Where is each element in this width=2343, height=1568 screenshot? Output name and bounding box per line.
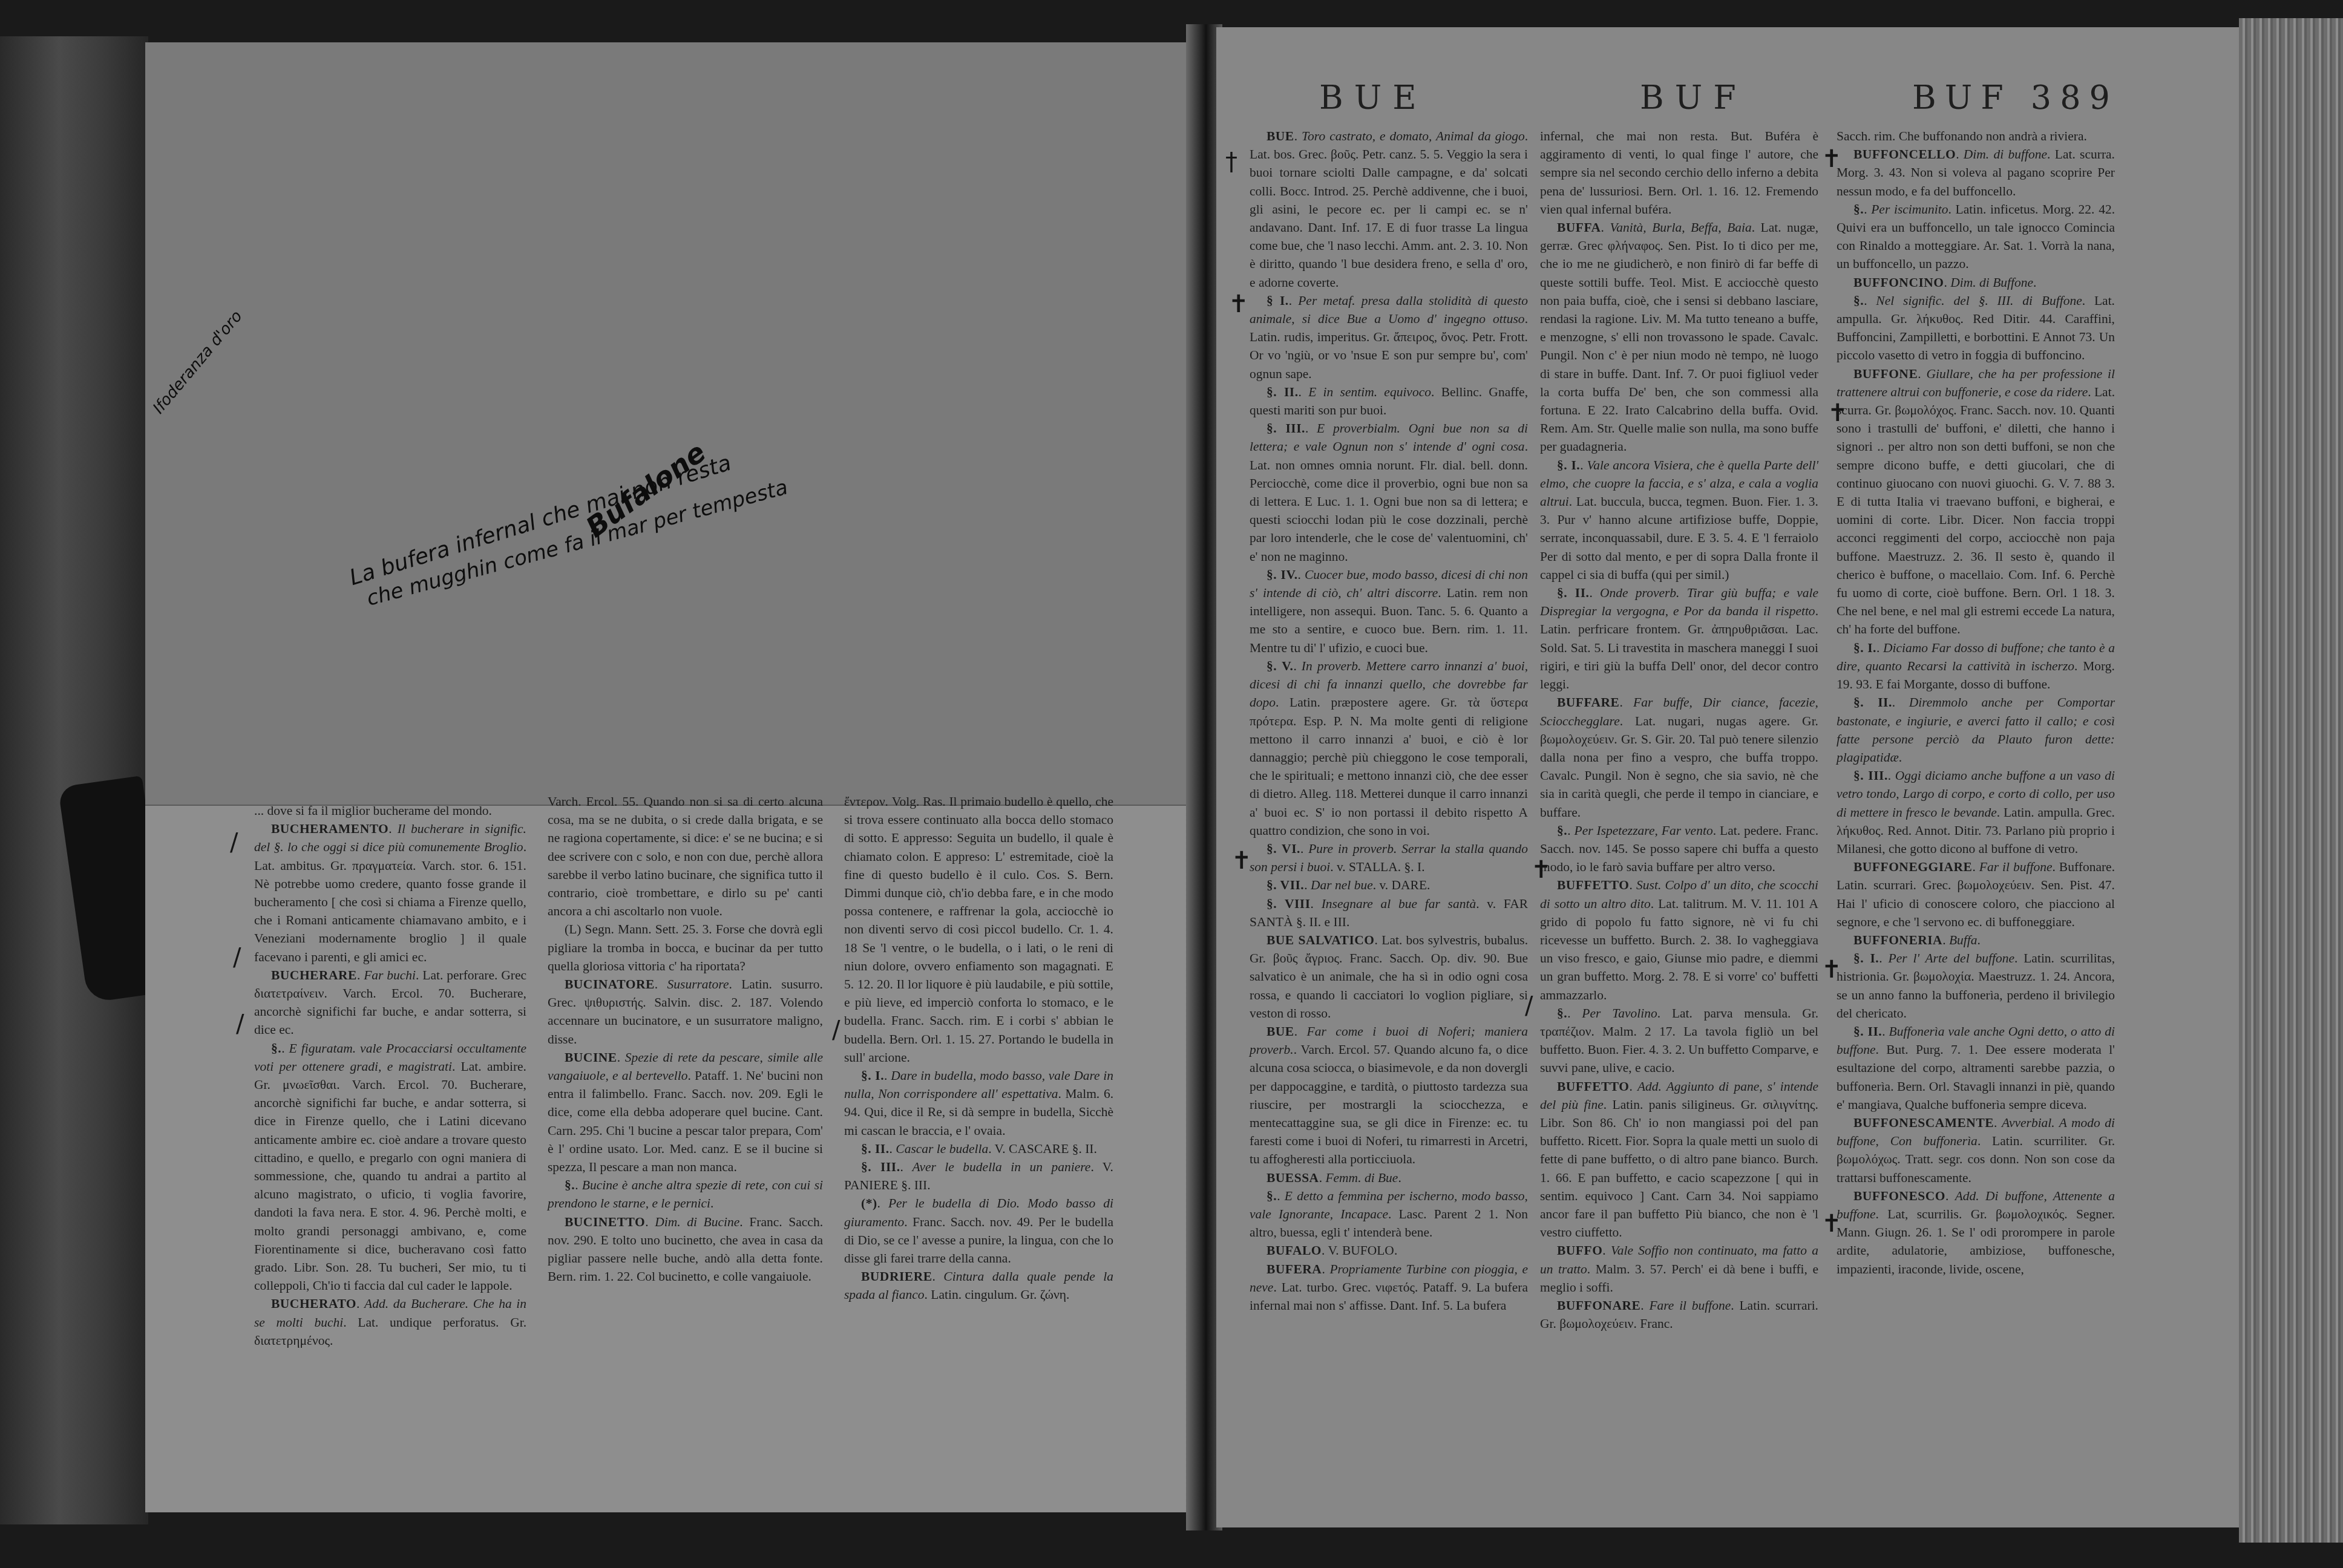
entry-headword: §. VII.	[1267, 878, 1304, 892]
entry-citations: Latin. præpostere agere. Gr. τὰ ὕστερα π…	[1250, 695, 1528, 837]
dictionary-entry: §. VII.. Dar nel bue. v. DARE.	[1250, 876, 1528, 894]
entry-headword: §.	[1267, 1189, 1277, 1203]
dictionary-entry: BUFALO. V. BUFOLO.	[1250, 1241, 1528, 1259]
dictionary-entry: BUESSA. Femm. di Bue.	[1250, 1169, 1528, 1187]
entry-headword: BUCHERAMENTO	[271, 822, 388, 836]
entry-headword: §. II.	[1853, 1024, 1882, 1039]
dictionary-entry: BUFFO. Vale Soffio non continuato, ma fa…	[1540, 1241, 1818, 1296]
entry-citations: Lat. scurra. Gr. βωμολόχος. Franc. Sacch…	[1837, 385, 2115, 637]
entry-headword: §.	[271, 1041, 281, 1056]
entry-definition: Per iscimunito	[1871, 202, 1948, 217]
dictionary-entry: §. III.. Oggi diciamo anche buffone a un…	[1837, 766, 2115, 858]
margin-cross-mark: ✝	[1821, 1210, 1842, 1238]
running-head-col2: BUF	[1640, 79, 1747, 117]
entry-definition: Dim. di Bucine	[655, 1215, 739, 1229]
entry-citations: Latin. cingulum. Gr. ζώνη.	[931, 1287, 1069, 1302]
dictionary-entry: §.. Per Ispetezzare, Far vento. Lat. ped…	[1540, 822, 1818, 877]
dictionary-entry: §. II.. Diremmolo anche per Comportar ba…	[1837, 693, 2115, 766]
entry-definition: Cascar le budella	[896, 1142, 988, 1156]
entry-definition: Dar nel bue	[1311, 878, 1373, 892]
dictionary-entry: §. I.. Dare in budella, modo basso, vale…	[844, 1067, 1113, 1140]
dictionary-entry: BUFERA. Propriamente Turbine con pioggia…	[1250, 1260, 1528, 1315]
dictionary-entry: §.. Per iscimunito. Latin. inficetus. Mo…	[1837, 200, 2115, 273]
margin-cross-mark: ✝	[1827, 399, 1848, 427]
entry-headword: §. III.	[1267, 421, 1305, 436]
dictionary-entry: BUFFETTO. Add. Aggiunto di pane, s' inte…	[1540, 1077, 1818, 1242]
entry-definition: Far il buffone	[1979, 860, 2053, 874]
entry-headword: §. II.	[1853, 695, 1892, 710]
entry-headword: BUCINETTO	[565, 1215, 645, 1229]
entry-citations: Latin. perfricare frontem. Gr. ἀπηρυθριᾶ…	[1540, 622, 1818, 691]
entry-headword: §. I.	[1853, 641, 1876, 655]
right-column-3: Sacch. rim. Che buffonando non andrà a r…	[1837, 127, 2115, 1278]
margin-slash-mark: /	[1525, 992, 1533, 1020]
entry-citations: Lat. turbo. Grec. νιφετός. Pataff. 9. La…	[1250, 1280, 1528, 1313]
left-column-3: ἔντερον. Volg. Ras. Il primaio budello è…	[844, 792, 1113, 1304]
running-head-col3: BUF 389	[1912, 79, 2119, 117]
entry-definition: Aver le budella in un paniere	[912, 1160, 1090, 1174]
margin-cross-mark: ✝	[1821, 145, 1842, 173]
entry-headword: §.	[1853, 293, 1864, 308]
entry-headword: BUFERA	[1267, 1262, 1322, 1276]
dictionary-entry: infernal, che mai non resta. But. Buféra…	[1540, 127, 1818, 218]
entry-citations: Lat. nugari, nugas agere. Gr. βωμολοχεύε…	[1540, 714, 1818, 820]
entry-definition: Buffa	[1949, 933, 1978, 947]
entry-headword: §. VIII	[1267, 897, 1311, 911]
dictionary-entry: §. II.. Buffonerìa vale anche Ogni detto…	[1837, 1022, 2115, 1114]
margin-cross-mark: ✝	[1821, 956, 1842, 984]
dictionary-entry: BUCINATORE. Susurratore. Latin. susurro.…	[548, 975, 823, 1048]
entry-headword: BUFFONCINO	[1853, 275, 1944, 290]
dictionary-entry: Sacch. rim. Che buffonando non andrà a r…	[1837, 127, 2115, 145]
entry-citations: Lat. talitrum. M. V. 11. 101 A grido di …	[1540, 897, 1818, 1002]
dictionary-entry: ... dove si fa il miglior bucherame del …	[254, 802, 526, 820]
margin-slash-mark: /	[230, 829, 238, 857]
entry-definition: Insegnare al bue far santà	[1322, 897, 1476, 911]
dictionary-entry: BUFFONESCO. Add. Di buffone, Attenente a…	[1837, 1187, 2115, 1278]
entry-citations: v. STALLA. §. I.	[1337, 860, 1425, 874]
dictionary-entry: §. IV.. Cuocer bue, modo basso, dicesi d…	[1250, 566, 1528, 657]
dictionary-entry: ἔντερον. Volg. Ras. Il primaio budello è…	[844, 792, 1113, 1067]
entry-headword: §. III.	[1853, 768, 1888, 783]
entry-citations: Varch. Ercol. 57. Quando alcuno fa, o di…	[1250, 1042, 1528, 1166]
entry-headword: §. V.	[1267, 659, 1293, 673]
entry-definition: Per Ispetezzare, Far vento	[1575, 823, 1713, 838]
dictionary-entry: BUE SALVATICO. Lat. bos sylvestris, buba…	[1250, 931, 1528, 1022]
entry-headword: §.	[565, 1178, 575, 1192]
dictionary-entry: BUFFONCINO. Dim. di Buffone.	[1837, 273, 2115, 292]
entry-headword: BUE SALVATICO	[1267, 933, 1375, 947]
entry-headword: BUFFONERIA	[1853, 933, 1942, 947]
dictionary-entry: § I.. Per metaf. presa dalla stolidità d…	[1250, 292, 1528, 383]
entry-headword: BUESSA	[1267, 1171, 1319, 1185]
margin-slash-mark: /	[236, 1010, 244, 1038]
entry-headword: (*)	[861, 1196, 877, 1210]
entry-headword: §. III.	[861, 1160, 900, 1174]
entry-headword: BUFFONARE	[1557, 1298, 1640, 1313]
dictionary-entry: §.. Bucine è anche altra spezie di rete,…	[548, 1176, 823, 1212]
dictionary-entry: §. II.. Onde proverb. Tirar giù buffa; e…	[1540, 584, 1818, 693]
entry-definition: E in sentim. equivoco	[1308, 385, 1431, 399]
dictionary-entry: §. III.. E proverbialm. Ogni bue non sa …	[1250, 419, 1528, 566]
dictionary-entry: §. VI.. Pure in proverb. Serrar la stall…	[1250, 840, 1528, 876]
entry-headword: §. II.	[1557, 586, 1589, 600]
dictionary-entry: BUE. Far come i buoi di Noferi; maniera …	[1250, 1022, 1528, 1169]
dictionary-entry: §. III.. Aver le budella in un paniere. …	[844, 1158, 1113, 1194]
dictionary-entry: BUE. Toro castrato, e domato, Animal da …	[1250, 127, 1528, 292]
dictionary-entry: BUFFA. Vanità, Burla, Beffa, Baia. Lat. …	[1540, 218, 1818, 456]
entry-headword: BUCINATORE	[565, 977, 655, 991]
dictionary-entry: §. I.. Per l' Arte del buffone. Latin. s…	[1837, 949, 2115, 1022]
entry-citations: Lat. nugæ, gerræ. Grec φλήναφος. Sen. Pi…	[1540, 220, 1818, 454]
entry-definition: Bucine è anche altra spezie di rete, con…	[548, 1178, 823, 1210]
margin-cross-mark: ✝	[1531, 856, 1552, 884]
margin-cross-mark: ✝	[1228, 290, 1249, 318]
entry-headword: BUFFA	[1557, 220, 1601, 235]
entry-headword: BUFFARE	[1557, 695, 1619, 710]
dictionary-entry: §. VIII. Insegnare al bue far santà. v. …	[1250, 895, 1528, 931]
entry-citations: Latin. panis siligineus. Gr. σιλιγνίτης.…	[1540, 1097, 1818, 1240]
dictionary-entry: §. II.. Cascar le budella. V. CASCARE §.…	[844, 1140, 1113, 1158]
dictionary-entry: BUFFONEGGIARE. Far il buffone. Buffonare…	[1837, 858, 2115, 931]
dictionary-entry: BUCINE. Spezie di rete da pescare, simil…	[548, 1048, 823, 1176]
dictionary-entry: BUFFONESCAMENTE. Avverbial. A modo di bu…	[1837, 1114, 2115, 1187]
entry-headword: BUFFO	[1557, 1243, 1602, 1258]
entry-headword: §. I.	[1853, 951, 1879, 965]
entry-headword: BUFALO	[1267, 1243, 1322, 1258]
entry-headword: §. VI.	[1267, 841, 1300, 856]
dictionary-entry: BUFFONE. Giullare, che ha per profession…	[1837, 365, 2115, 639]
entry-headword: BUFFONEGGIARE	[1853, 860, 1972, 874]
right-column-2: infernal, che mai non resta. But. Buféra…	[1540, 127, 1818, 1333]
dictionary-entry: BUFFONARE. Fare il buffone. Latin. scurr…	[1540, 1296, 1818, 1333]
running-head-col1: BUE	[1319, 79, 1427, 117]
entry-headword: BUFFONE	[1853, 367, 1918, 381]
margin-cross-mark: †	[1225, 148, 1237, 176]
entry-definition: Nel signific. del §. III. di Buffone	[1876, 293, 2082, 308]
entry-headword: BUFFONESCAMENTE	[1853, 1116, 1994, 1130]
entry-headword: BUFFONESCO	[1853, 1189, 1945, 1203]
entry-headword: § I.	[1267, 293, 1289, 308]
entry-definition: Dim. di Buffone	[1950, 275, 2033, 290]
dictionary-entry: §. II.. E in sentim. equivoco. Bellinc. …	[1250, 383, 1528, 419]
book-fore-edge-right	[2239, 18, 2343, 1543]
dictionary-entry: §.. Per Tavolino. Lat. parva mensula. Gr…	[1540, 1004, 1818, 1077]
left-column-2: Varch. Ercol. 55. Quando non si sa di ce…	[548, 792, 823, 1285]
entry-citations: Lat. buccula, bucca, tegmen. Buon. Fier.…	[1540, 494, 1818, 582]
entry-definition: Vanità, Burla, Beffa, Baia	[1610, 220, 1751, 235]
entry-headword: BUE	[1267, 1024, 1294, 1039]
entry-citations: Lat. ambire. Gr. μνωεῖσθαι. Varch. Ercol…	[254, 1059, 526, 1293]
dictionary-entry: Varch. Ercol. 55. Quando non si sa di ce…	[548, 792, 823, 920]
entry-headword: §.	[1557, 823, 1567, 838]
entry-headword: BUDRIERE	[861, 1269, 932, 1284]
entry-headword: §.	[1557, 1006, 1567, 1021]
dictionary-entry: (*). Per le budella di Dio. Modo basso d…	[844, 1194, 1113, 1267]
dictionary-entry: BUCINETTO. Dim. di Bucine. Franc. Sacch.…	[548, 1213, 823, 1286]
entry-definition: Per Tavolino	[1582, 1006, 1657, 1021]
entry-definition: Toro castrato, e domato, Animal da giogo	[1302, 129, 1525, 143]
entry-headword: §.	[1853, 202, 1864, 217]
entry-citations: V. CASCARE §. II.	[995, 1142, 1097, 1156]
entry-citations: Lat. non omnes omnia norunt. Flr. dial. …	[1250, 458, 1528, 564]
left-page-blank-overlay	[145, 42, 1192, 806]
dictionary-entry: §. I.. Vale ancora Visiera, che è quella…	[1540, 456, 1818, 584]
dictionary-entry: BUDRIERE. Cintura dalla quale pende la s…	[844, 1267, 1113, 1304]
dictionary-entry: §.. Nel signific. del §. III. di Buffone…	[1837, 292, 2115, 365]
entry-headword: BUCHERARE	[271, 968, 357, 982]
entry-definition: Susurratore	[667, 977, 729, 991]
entry-definition: Diciamo Far dosso di buffone; che tanto …	[1837, 641, 2115, 673]
entry-citations: Latin. rudis, imperitus. Gr. ἄπειρος, ὄν…	[1250, 330, 1528, 381]
dictionary-entry: BUFFARE. Far buffe, Dir ciance, facezie,…	[1540, 693, 1818, 821]
margin-slash-mark: /	[233, 944, 241, 972]
entry-definition: Dim. di buffone	[1964, 147, 2047, 162]
entry-definition: Per metaf. presa dalla stolidità di ques…	[1250, 293, 1528, 326]
entry-headword: §. I.	[861, 1068, 884, 1083]
entry-citations: Pataff. 1. Ne' bucini non entra il falim…	[548, 1068, 823, 1174]
entry-citations: Lat, scurrilis. Gr. βωμολοχικός. Segner.…	[1837, 1207, 2115, 1276]
entry-headword: BUCHERATO	[271, 1296, 356, 1311]
dictionary-entry: BUCHERARE. Far buchi. Lat. perforare. Gr…	[254, 966, 526, 1039]
entry-definition: Far buchi	[364, 968, 416, 982]
margin-cross-mark: ✝	[1231, 847, 1252, 875]
entry-citations: But. Purg. 7. 1. Dee essere moderata l' …	[1837, 1042, 2115, 1112]
dictionary-entry: §.. E detto a femmina per ischerno, modo…	[1250, 1187, 1528, 1242]
entry-headword: §. II.	[1267, 385, 1299, 399]
dictionary-entry: §.. E figuratam. vale Procacciarsi occul…	[254, 1039, 526, 1295]
entry-headword: §. II.	[861, 1142, 890, 1156]
entry-citations: Lat. ambitus. Gr. πραγματεία. Varch. sto…	[254, 858, 526, 964]
entry-citations: V. BUFOLO.	[1328, 1243, 1397, 1258]
entry-headword: BUFFETTO	[1557, 1079, 1630, 1094]
dictionary-entry: §. I.. Diciamo Far dosso di buffone; che…	[1837, 639, 2115, 694]
dictionary-entry: §. V.. In proverb. Mettere carro innanzi…	[1250, 657, 1528, 840]
entry-headword: BUE	[1267, 129, 1294, 143]
dictionary-entry: BUCHERATO. Add. da Bucherare. Che ha in …	[254, 1295, 526, 1350]
book-fore-edge-left	[0, 36, 148, 1524]
entry-headword: §. I.	[1557, 458, 1580, 472]
entry-headword: §. IV.	[1267, 567, 1298, 582]
entry-citations: Lat. bos. Grec. βοῦς. Petr. canz. 5. 5. …	[1250, 147, 1528, 289]
entry-citations: v. DARE.	[1379, 878, 1430, 892]
dictionary-entry: BUFFETTO. Sust. Colpo d' un dito, che sc…	[1540, 876, 1818, 1004]
entry-headword: BUCINE	[565, 1050, 617, 1065]
entry-definition: Per l' Arte del buffone	[1889, 951, 2014, 965]
right-column-1: BUE. Toro castrato, e domato, Animal da …	[1250, 127, 1528, 1315]
entry-definition: Fare il buffone	[1649, 1298, 1731, 1313]
dictionary-entry: BUCHERAMENTO. Il bucherare in signific. …	[254, 820, 526, 966]
dictionary-entry: BUFFONCELLO. Dim. di buffone. Lat. scurr…	[1837, 145, 2115, 200]
entry-headword: BUFFETTO	[1557, 878, 1630, 892]
dictionary-entry: (L) Segn. Mann. Sett. 25. 3. Forse che d…	[548, 920, 823, 975]
entry-headword: BUFFONCELLO	[1853, 147, 1956, 162]
dictionary-entry: BUFFONERIA. Buffa.	[1837, 931, 2115, 949]
entry-definition: Femm. di Bue	[1325, 1171, 1398, 1185]
left-column-1: ... dove si fa il miglior bucherame del …	[254, 802, 526, 1350]
margin-slash-mark: /	[832, 1016, 840, 1044]
